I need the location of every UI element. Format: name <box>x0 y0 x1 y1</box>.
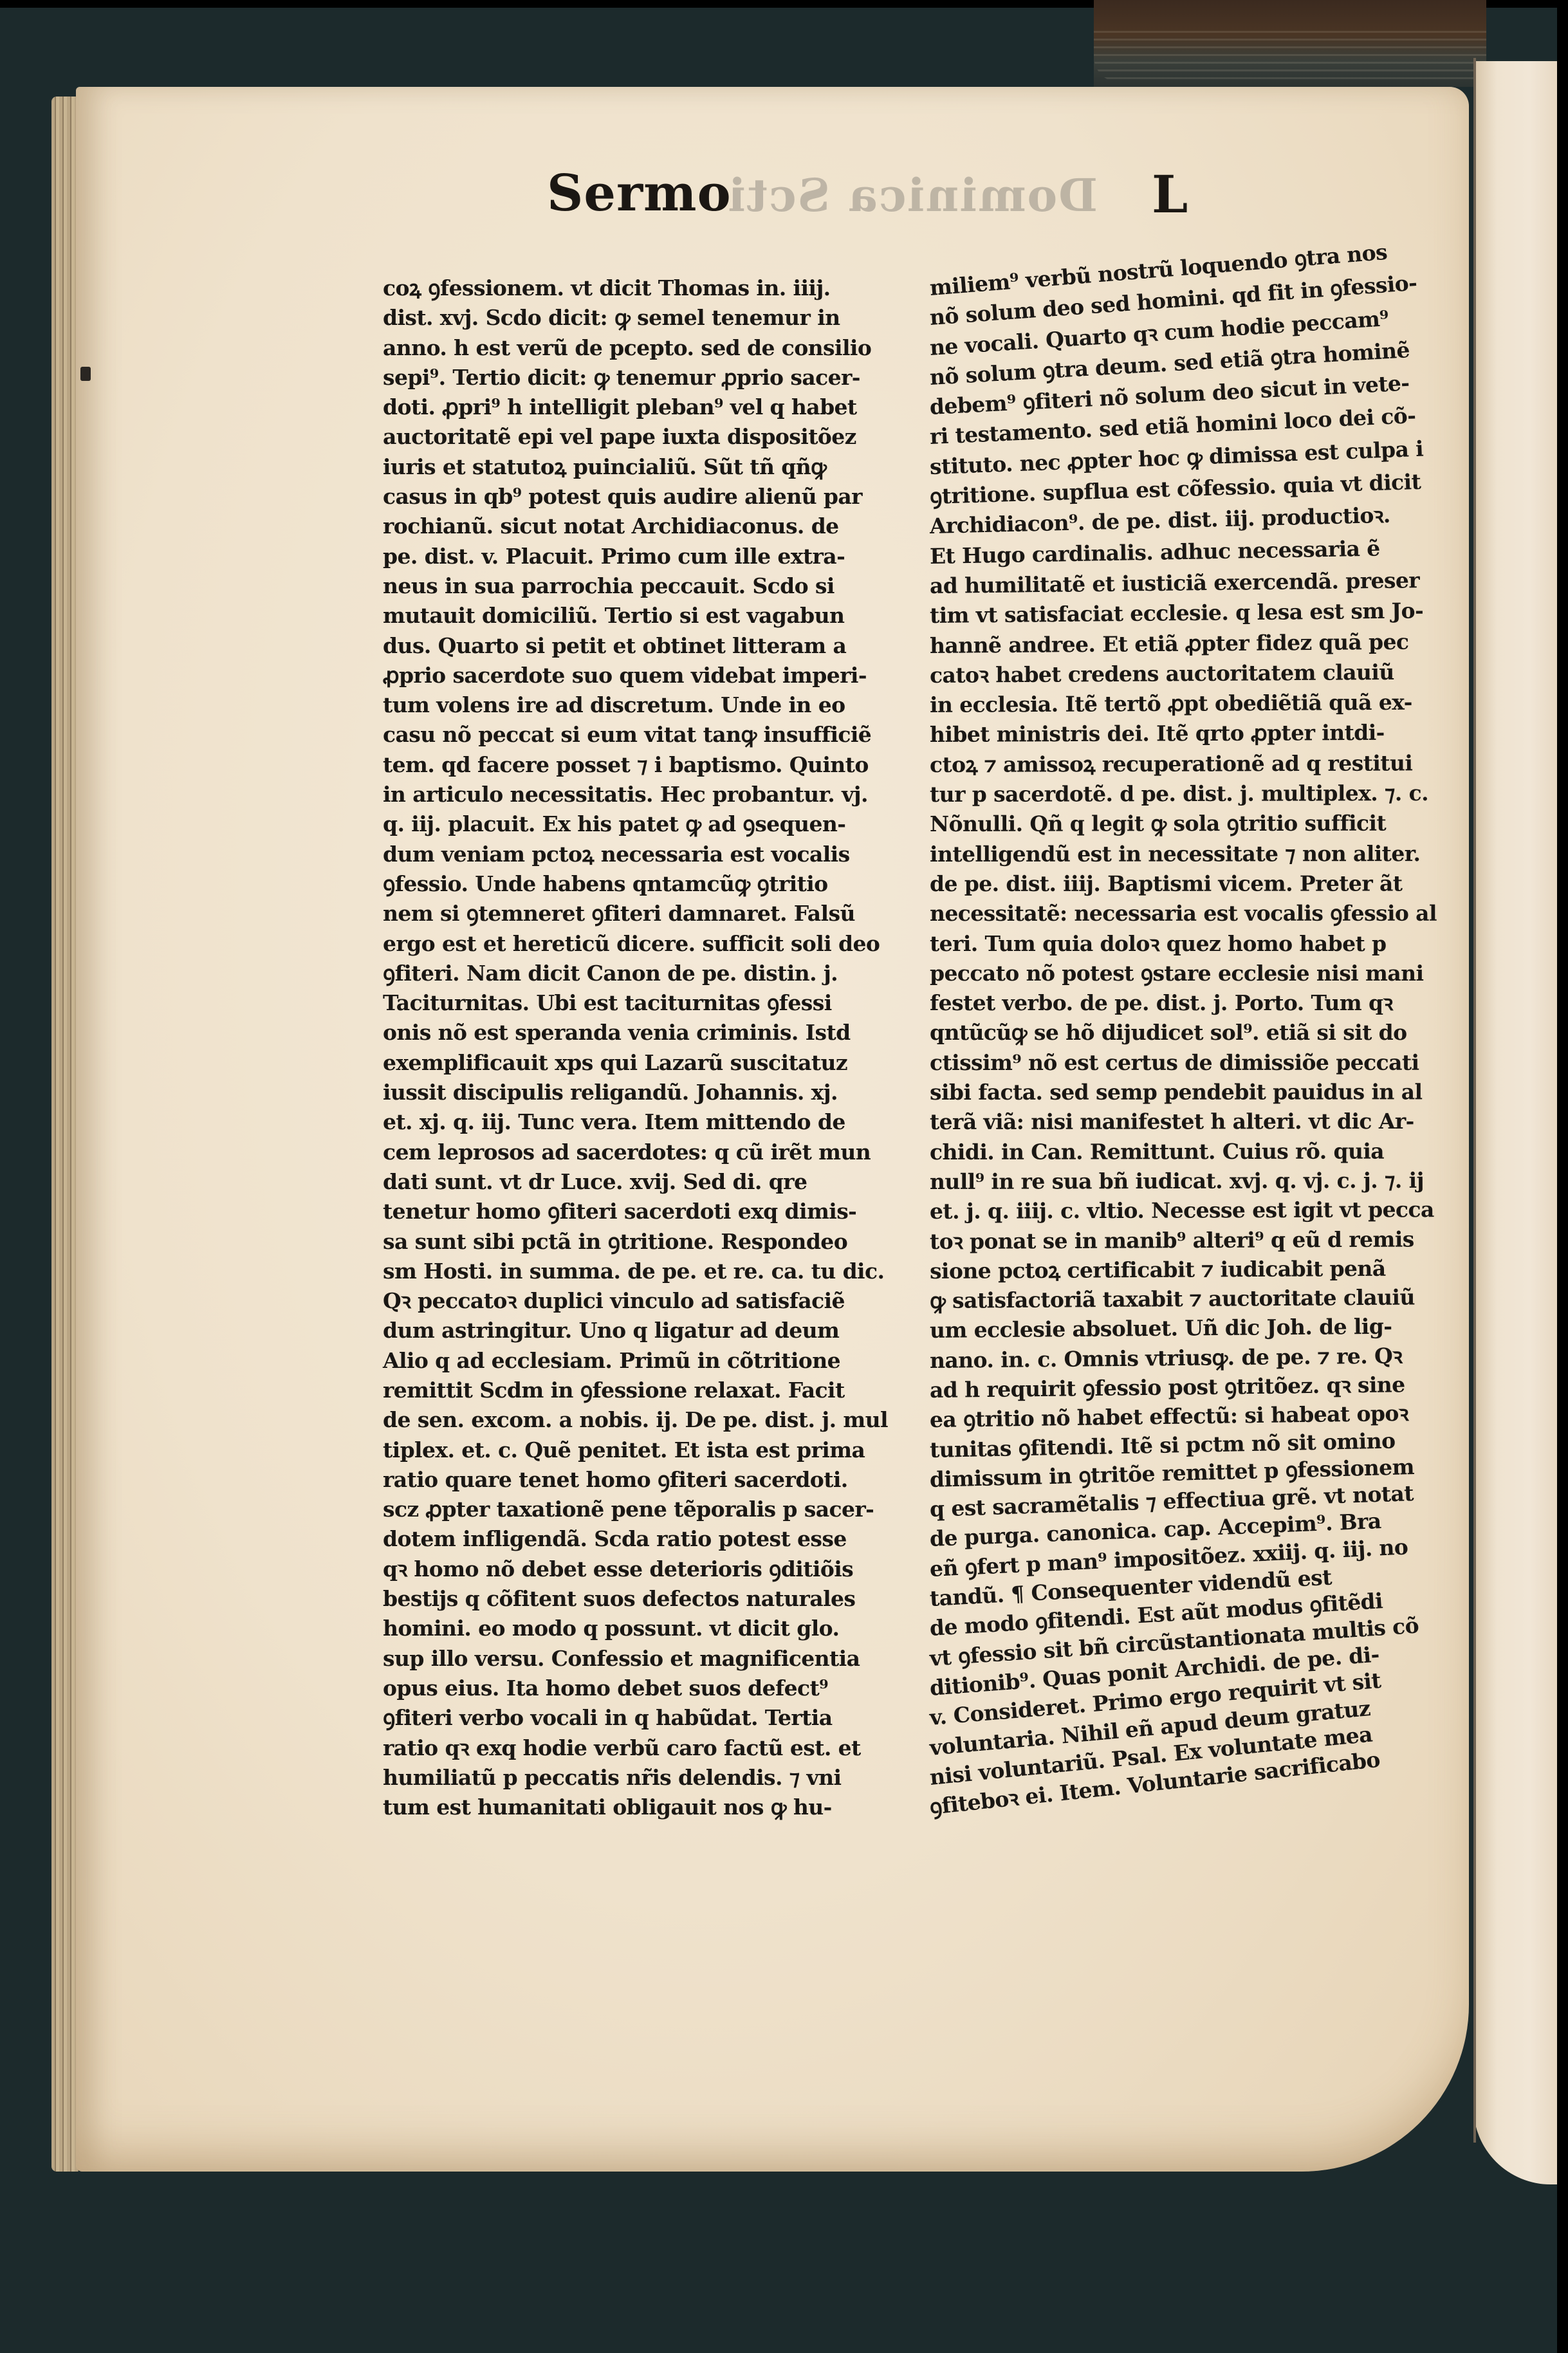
text-line: de pe. dist. iiij. Baptismi vicem. Prete… <box>930 869 1457 899</box>
text-line: tim vt satisfaciat ecclesie. q lesa est … <box>930 596 1457 631</box>
text-line: ctissim⁹ nõ est certus de dimissiõe pecc… <box>930 1047 1457 1078</box>
text-line: doti. ꝓpri⁹ h intelligit pleban⁹ vel q h… <box>383 392 910 422</box>
text-line: mutauit domiciliũ. Tertio si est vagabun <box>383 601 910 631</box>
text-line: tum est humanitati obligauit nos ꝙ hu- <box>383 1793 910 1822</box>
text-line: hibet ministris dei. Itẽ qrto ꝓpter intd… <box>930 718 1457 750</box>
text-line: festet verbo. de pe. dist. j. Porto. Tum… <box>930 988 1457 1018</box>
text-line: et. xj. q. iij. Tunc vera. Item mittendo… <box>383 1107 910 1137</box>
text-line: pe. dist. v. Placuit. Primo cum ille ext… <box>383 542 910 571</box>
text-line: sibi facta. sed semp pendebit pauidus in… <box>930 1077 1457 1107</box>
text-line: sione pctoꝝ certificabit ⁊ iudicabit pen… <box>930 1253 1457 1286</box>
text-line: catoꝛ habet credens auctoritatem clauiũ <box>930 657 1457 690</box>
gutter-shadow-line <box>1473 58 1476 2143</box>
text-column-right: miliem⁹ verbũ nostrũ loquendo ꝯtra nosnõ… <box>930 273 1457 1822</box>
text-line: peccato nõ potest ꝯstare ecclesie nisi m… <box>930 959 1457 988</box>
text-line: dist. xvj. Scdo dicit: ꝙ semel tenemur i… <box>383 303 910 333</box>
text-line: onis nõ est speranda venia criminis. Ist… <box>383 1018 910 1047</box>
text-line: tem. qd facere posset ⁊ i baptismo. Quin… <box>383 750 910 780</box>
text-line: Taciturnitas. Ubi est taciturnitas ꝯfess… <box>383 988 910 1018</box>
text-line: ꝯfessio. Unde habens qntamcũꝙ ꝯtritio <box>383 869 910 899</box>
text-line: cem leprosos ad sacerdotes: q cũ irẽt mu… <box>383 1138 910 1167</box>
text-line: ratio qꝛ exq hodie verbũ caro factũ est.… <box>383 1733 910 1763</box>
text-line: null⁹ in re sua bñ iudicat. xvj. q. vj. … <box>930 1166 1457 1197</box>
text-line: et. j. q. iiij. c. vltio. Necesse est ig… <box>930 1195 1457 1226</box>
text-line: neus in sua parrochia peccauit. Scdo si <box>383 571 910 601</box>
text-column-left: coꝝ ꝯfessionem. vt dicit Thomas in. iiij… <box>383 273 910 1822</box>
book-binding-top <box>1094 0 1486 87</box>
text-line: Alio q ad ecclesiam. Primũ in cõtritione <box>383 1346 910 1376</box>
text-line: remittit Scdm in ꝯfessione relaxat. Faci… <box>383 1376 910 1405</box>
text-line: scz ꝓpter taxationẽ pene tẽporalis p sac… <box>383 1495 910 1524</box>
text-line: terã viã: nisi manifestet h alteri. vt d… <box>930 1107 1457 1137</box>
text-line: teri. Tum quia doloꝛ quez homo habet p <box>930 928 1457 958</box>
text-line: ꝯfiteri verbo vocali in q habũdat. Terti… <box>383 1703 910 1733</box>
show-through-text: Dominica Scti <box>727 169 1098 222</box>
text-line: chidi. in Can. Remittunt. Cuius rõ. quia <box>930 1136 1457 1167</box>
text-line: auctoritatẽ epi vel pape iuxta dispositõ… <box>383 422 910 452</box>
text-line: tenetur homo ꝯfiteri sacerdoti exq dimis… <box>383 1197 910 1226</box>
text-line: ꝓprio sacerdote suo quem videbat imperi- <box>383 661 910 690</box>
text-line: q. iij. placuit. Ex his patet ꝙ ad ꝯsequ… <box>383 809 910 839</box>
text-line: in ecclesia. Itẽ tertõ ꝓpt obediẽtiã quã… <box>930 687 1457 720</box>
text-line: iuris et statutoꝝ puincialiũ. Sũt tñ qñꝙ <box>383 452 910 482</box>
text-line: dum astringitur. Uno q ligatur ad deum <box>383 1316 910 1345</box>
text-line: toꝛ ponat se in manib⁹ alteri⁹ q eũ d re… <box>930 1224 1457 1257</box>
text-line: dati sunt. vt dr Luce. xvij. Sed di. qre <box>383 1167 910 1197</box>
text-line: de sen. excom. a nobis. ij. De pe. dist.… <box>383 1405 910 1435</box>
text-line: sa sunt sibi pctã in ꝯtritione. Responde… <box>383 1227 910 1257</box>
text-line: sup illo versu. Confessio et magnificent… <box>383 1644 910 1674</box>
text-line: tur p sacerdotẽ. d pe. dist. j. multiple… <box>930 779 1457 809</box>
facing-page-fold <box>1473 61 1568 2184</box>
text-line: qꝛ homo nõ debet esse deterioris ꝯditiõi… <box>383 1555 910 1584</box>
text-line: ꝙ satisfactoriã taxabit ⁊ auctoritate cl… <box>930 1282 1457 1316</box>
text-line: dus. Quarto si petit et obtinet litteram… <box>383 631 910 661</box>
text-line: in articulo necessitatis. Hec probantur.… <box>383 780 910 809</box>
margin-ink-mark <box>80 367 91 381</box>
text-line: humiliatũ p peccatis nr̃is delendis. ⁊ v… <box>383 1763 910 1793</box>
text-line: ꝯfiteri. Nam dicit Canon de pe. distin. … <box>383 959 910 988</box>
text-line: ctoꝝ ⁊ amissoꝝ recuperationẽ ad q restit… <box>930 748 1457 780</box>
text-line: sm Hosti. in summa. de pe. et re. ca. tu… <box>383 1257 910 1286</box>
text-line: qntũcũꝙ se hõ dijudicet sol⁹. etiã si si… <box>930 1018 1457 1047</box>
text-line: ergo est et hereticũ dicere. sufficit so… <box>383 929 910 959</box>
text-line: tiplex. et. c. Quẽ penitet. Et ista est … <box>383 1435 910 1465</box>
text-line: nem si ꝯtemneret ꝯfiteri damnaret. Falsũ <box>383 899 910 928</box>
text-line: bestijs q cõfitent suos defectos natural… <box>383 1584 910 1614</box>
page-edges-left <box>51 97 78 2172</box>
text-line: ratio quare tenet homo ꝯfiteri sacerdoti… <box>383 1465 910 1495</box>
text-line: intelligendũ est in necessitate ⁊ non al… <box>930 839 1457 869</box>
text-line: dum veniam pctoꝝ necessaria est vocalis <box>383 840 910 869</box>
text-line: Qꝛ peccatoꝛ duplici vinculo ad satisfaci… <box>383 1286 910 1316</box>
text-line: iussit discipulis religandũ. Johannis. x… <box>383 1078 910 1107</box>
text-line: casu nõ peccat si eum vitat tanꝙ insuffi… <box>383 720 910 750</box>
text-line: um ecclesie absoluet. Uñ dic Joh. de lig… <box>930 1311 1457 1345</box>
scan-right-border <box>1557 0 1568 2353</box>
running-title: Sermo <box>547 164 732 223</box>
text-line: casus in qb⁹ potest quis audire alienũ p… <box>383 482 910 512</box>
text-line: hannẽ andree. Et etiã ꝓpter fidez quã pe… <box>930 627 1457 661</box>
text-line: tum volens ire ad discretum. Unde in eo <box>383 690 910 720</box>
text-line: coꝝ ꝯfessionem. vt dicit Thomas in. iiij… <box>383 273 910 303</box>
text-line: dotem infligendã. Scda ratio potest esse <box>383 1524 910 1554</box>
text-line: homini. eo modo q possunt. vt dicit glo. <box>383 1614 910 1643</box>
text-line: Nõnulli. Qñ q legit ꝙ sola ꝯtritio suffi… <box>930 809 1457 840</box>
text-line: sepi⁹. Tertio dicit: ꝙ tenemur ꝓprio sac… <box>383 363 910 392</box>
text-line: necessitatẽ: necessaria est vocalis ꝯfes… <box>930 899 1457 929</box>
text-line: rochianũ. sicut notat Archidiaconus. de <box>383 512 910 541</box>
folio-number: L <box>1152 164 1188 225</box>
text-line: ad humilitatẽ et iusticiã exercendã. pre… <box>930 566 1457 602</box>
text-line: exemplificauit xps qui Lazarũ suscitatuz <box>383 1048 910 1078</box>
text-line: anno. h est verũ de pcepto. sed de consi… <box>383 333 910 363</box>
text-line: opus eius. Ita homo debet suos defect⁹ <box>383 1674 910 1703</box>
